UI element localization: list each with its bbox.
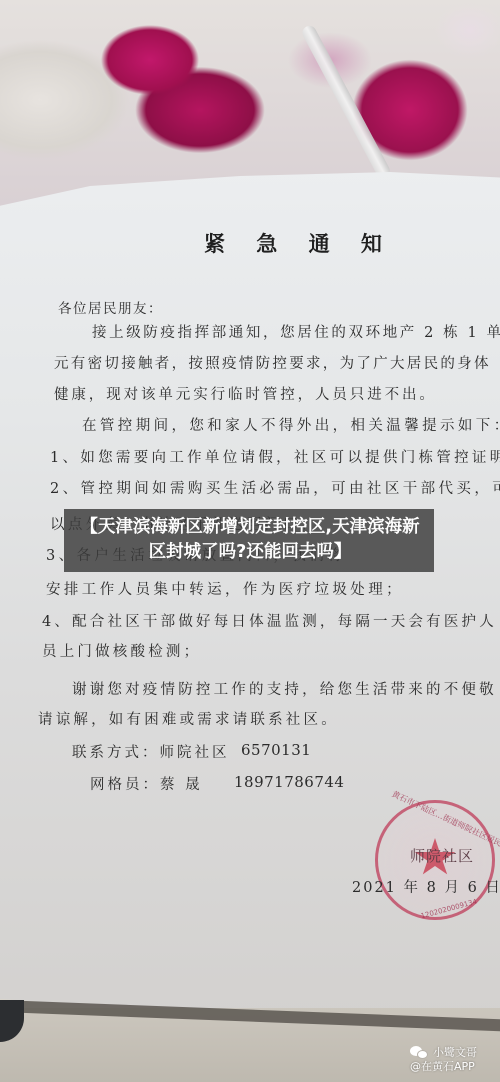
notice-title: 紧 急 通 知 (204, 228, 394, 258)
list-item-1: 1、如您需要向工作单位请假，社区可以提供门栋管控证明； (50, 446, 500, 467)
list-item-4: 4、配合社区干部做好每日体温监测，每隔一天会有医护人 (42, 610, 497, 631)
grid-officer-phone: 18971786744 (234, 773, 344, 791)
stamp-center-text: 师院社区 (410, 845, 474, 866)
closing-line: 请谅解，如有困难或需求请联系社区。 (38, 708, 339, 729)
paragraph-line: 健康，现对该单元实行临时管控，人员只进不出。 (54, 383, 437, 404)
paragraph-line: 元有密切接触者，按照疫情防控要求，为了广大居民的身体 (54, 352, 491, 373)
watermark-source: @在黄石APP (410, 1060, 477, 1074)
notice-date: 2021 年 8 月 6 日 (352, 876, 500, 897)
paragraph-line: 在管控期间，您和家人不得外出，相关温馨提示如下： (82, 414, 500, 435)
watermark-account: 小鹭文哥 (433, 1046, 477, 1060)
wechat-icon (410, 1046, 430, 1060)
article-title-caption: 【天津滨海新区新增划定封控区,天津滨海新区封城了吗?还能回去吗】 (64, 509, 434, 572)
paragraph-line: 接上级防疫指挥部通知，您居住的双环地产 2 栋 1 单 (92, 321, 500, 342)
salutation: 各位居民朋友： (58, 297, 163, 317)
closing-line: 谢谢您对疫情防控工作的支持，给您生活带来的不便敬 (72, 678, 497, 699)
contact-phone: 6570131 (241, 741, 311, 759)
list-item-2: 2、管控期间如需购买生活必需品，可由社区干部代买，可 (50, 477, 500, 498)
list-item-3-cont: 安排工作人员集中转运，作为医疗垃圾处理； (46, 578, 404, 599)
contact-label: 联系方式：师院社区 (72, 741, 230, 762)
grid-officer-label: 网格员：蔡 晟 (90, 773, 203, 794)
watermark: 小鹭文哥 @在黄石APP (410, 1046, 477, 1074)
list-item-4-cont: 员上门做核酸检测； (42, 640, 201, 661)
